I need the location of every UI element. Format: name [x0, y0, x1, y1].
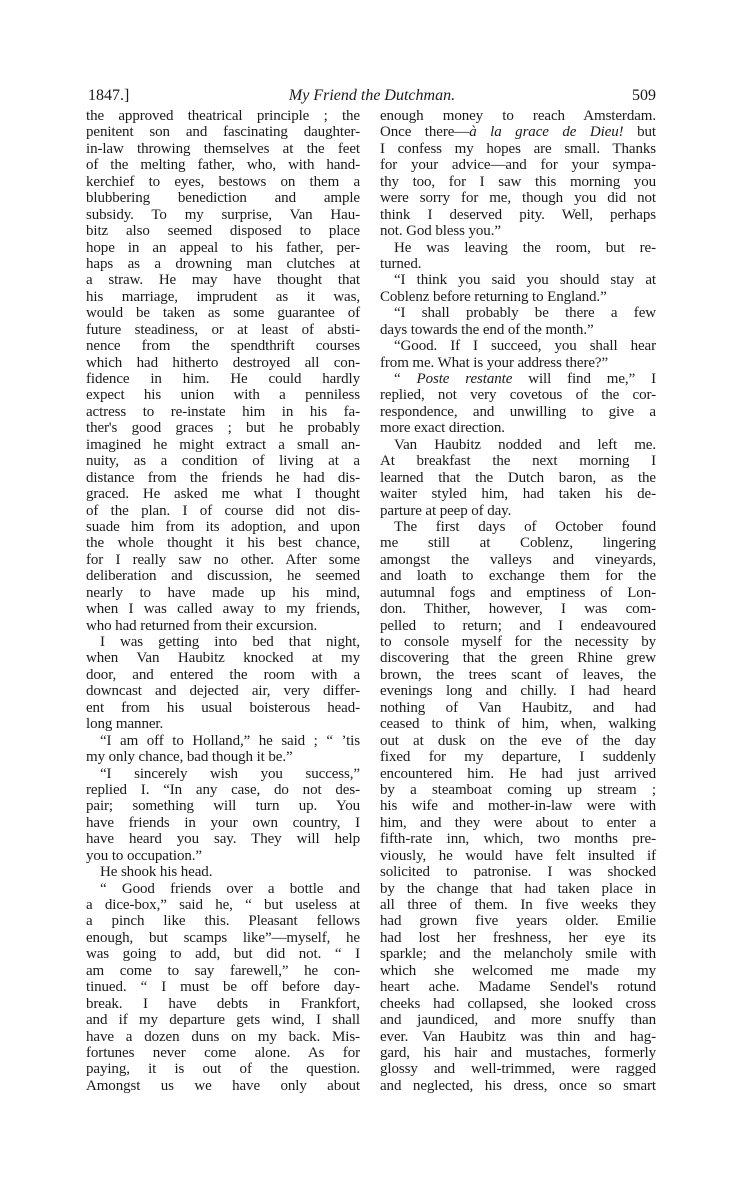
text-segment: but [624, 124, 656, 140]
text-line: ent from his usual boisterous head- [86, 700, 360, 716]
text-line: of the melting father, who, with hand- [86, 157, 360, 173]
text-line: “ Poste restante will find me,” I [380, 371, 656, 387]
italic-phrase: à la grace de Dieu! [469, 124, 623, 140]
text-line: who had returned from their excursion. [86, 618, 360, 634]
text-line: “I think you said you should stay at [380, 272, 656, 288]
text-line: for I really saw no other. After some [86, 552, 360, 568]
text-line: expect his union with a penniless [86, 387, 360, 403]
text-line: At breakfast the next morning I [380, 453, 656, 469]
text-line: fidence in him. He could hardly [86, 371, 360, 387]
text-line: actress to re-instate him in his fa- [86, 404, 360, 420]
text-line: him, and they were about to enter a [380, 815, 656, 831]
text-line: “ Good friends over a bottle and [86, 881, 360, 897]
year-marker: 1847.] [88, 86, 129, 106]
text-line: subsidy. To my surprise, Van Hau- [86, 207, 360, 223]
text-line: and loath to exchange them for the [380, 568, 656, 584]
text-line: when I was called away to my friends, [86, 601, 360, 617]
text-line: Van Haubitz nodded and left me. [380, 437, 656, 453]
text-line: more exact direction. [380, 420, 656, 436]
text-line: the whole thought it his best chance, [86, 535, 360, 551]
text-line: nence from the spendthrift courses [86, 338, 360, 354]
text-line: in-law throwing themselves at the feet [86, 141, 360, 157]
text-line: bitz also seemed disposed to place [86, 223, 360, 239]
text-line: was going to add, but did not. “ I [86, 946, 360, 962]
text-line: fixed for my departure, I suddenly [380, 749, 656, 765]
text-line: had grown five years older. Emilie [380, 913, 656, 929]
text-line: enough, but scamps like”—myself, he [86, 930, 360, 946]
text-line: Coblenz before returning to England.” [380, 289, 656, 305]
text-line: penitent son and fascinating daughter- [86, 124, 360, 140]
text-line: would be taken as some guarantee of [86, 305, 360, 321]
text-line: The first days of October found [380, 519, 656, 535]
text-line: have heard you say. They will help [86, 831, 360, 847]
text-line: to console myself for the necessity by [380, 634, 656, 650]
text-line: me still at Coblenz, lingering [380, 535, 656, 551]
text-line: the approved theatrical principle ; the [86, 108, 360, 124]
text-line: downcast and dejected air, very differ- [86, 683, 360, 699]
text-line: long manner. [86, 716, 360, 732]
text-line: learned that the Dutch baron, as the [380, 470, 656, 486]
text-line: turned. [380, 256, 656, 272]
text-line: heart ache. Madame Sendel's rotund [380, 979, 656, 995]
text-line: nuity, as a condition of living at a [86, 453, 360, 469]
text-line: not. God bless you.” [380, 223, 656, 239]
right-column: enough money to reach Amsterdam.Once the… [380, 108, 656, 1094]
text-line: gard, his hair and mustaches, formerly [380, 1045, 656, 1061]
text-line: think I deserved pity. Well, perhaps [380, 207, 656, 223]
text-line: have a dozen duns on my back. Mis- [86, 1029, 360, 1045]
text-line: waiter styled him, had taken his de- [380, 486, 656, 502]
text-line: and neglected, his dress, once so smart [380, 1078, 656, 1094]
text-line: have friends in your own country, I [86, 815, 360, 831]
text-line: pair; something will turn up. You [86, 798, 360, 814]
text-line: amongst the valleys and vineyards, [380, 552, 656, 568]
text-line: days towards the end of the month.” [380, 322, 656, 338]
text-line: fortunes never come alone. As for [86, 1045, 360, 1061]
text-line: by a steamboat coming up stream ; [380, 782, 656, 798]
text-line: you to occupation.” [86, 848, 360, 864]
text-line: “I sincerely wish you success,” [86, 766, 360, 782]
book-page: My Friend the Dutchman. 1847.] 509 the a… [0, 0, 749, 1180]
text-line: imagined he might extract a small an- [86, 437, 360, 453]
left-column: the approved theatrical principle ; thep… [86, 108, 360, 1094]
running-title: My Friend the Dutchman. [88, 86, 656, 106]
text-line: were sorry for me, though you did not [380, 190, 656, 206]
text-line: “Good. If I succeed, you shall hear [380, 338, 656, 354]
text-line: graced. He asked me what I thought [86, 486, 360, 502]
running-header: My Friend the Dutchman. 1847.] 509 [88, 86, 656, 106]
text-line: discovering that the green Rhine grew [380, 650, 656, 666]
text-line: when Van Haubitz knocked at my [86, 650, 360, 666]
text-line: thy too, for I saw this morning you [380, 174, 656, 190]
italic-phrase: Poste restante [417, 371, 513, 387]
text-line: break. I have debts in Frankfort, [86, 996, 360, 1012]
text-line: Once there—à la grace de Dieu! but [380, 124, 656, 140]
text-line: out at dusk on the eve of the day [380, 733, 656, 749]
text-line: and if my departure gets wind, I shall [86, 1012, 360, 1028]
text-line: He was leaving the room, but re- [380, 240, 656, 256]
text-line: sparkle; and the melancholy smile with [380, 946, 656, 962]
text-line: parture at peep of day. [380, 503, 656, 519]
text-line: replied I. “In any case, do not des- [86, 782, 360, 798]
text-line: Amongst us we have only about [86, 1078, 360, 1094]
text-line: future steadiness, or at least of absti- [86, 322, 360, 338]
text-line: door, and entered the room with a [86, 667, 360, 683]
text-line: He shook his head. [86, 864, 360, 880]
text-line: ever. Van Haubitz was thin and hag- [380, 1029, 656, 1045]
text-line: had lost her freshness, her eye its [380, 930, 656, 946]
text-line: deliberation and discussion, he seemed [86, 568, 360, 584]
text-line: nearly to have made up his mind, [86, 585, 360, 601]
text-line: autumnal fogs and emptiness of Lon- [380, 585, 656, 601]
text-line: I was getting into bed that night, [86, 634, 360, 650]
text-line: his marriage, imprudent as it was, [86, 289, 360, 305]
text-line: a dice-box,” said he, “ but useless at [86, 897, 360, 913]
text-line: from me. What is your address there?” [380, 355, 656, 371]
text-line: paying, it is out of the question. [86, 1061, 360, 1077]
text-segment: will find me,” I [512, 371, 656, 387]
text-line: fifth-rate inn, which, two months pre- [380, 831, 656, 847]
text-line: am come to say farewell,” he con- [86, 963, 360, 979]
text-line: glossy and well-trimmed, were ragged [380, 1061, 656, 1077]
text-line: kerchief to eyes, bestows on them a [86, 174, 360, 190]
text-line: my only chance, bad though it be.” [86, 749, 360, 765]
page-number: 509 [632, 86, 656, 106]
text-line: nothing of Van Haubitz, and had [380, 700, 656, 716]
text-line: and jaundiced, and more snuffy than [380, 1012, 656, 1028]
text-line: his wife and mother-in-law were with [380, 798, 656, 814]
text-line: ther's good graces ; but he probably [86, 420, 360, 436]
text-line: tinued. “ I must be off before day- [86, 979, 360, 995]
text-line: replied, not very covetous of the cor- [380, 387, 656, 403]
text-line: “I am off to Holland,” he said ; “ ’tis [86, 733, 360, 749]
text-segment: Once there— [380, 124, 469, 140]
text-line: for your advice—and for your sympa- [380, 157, 656, 173]
text-line: all three of them. In five weeks they [380, 897, 656, 913]
text-line: cheeks had collapsed, she looked cross [380, 996, 656, 1012]
text-line: which had hitherto destroyed all con- [86, 355, 360, 371]
text-line: by the change that had taken place in [380, 881, 656, 897]
text-line: enough money to reach Amsterdam. [380, 108, 656, 124]
text-line: viously, he would have felt insulted if [380, 848, 656, 864]
text-line: ceased to think of him, when, walking [380, 716, 656, 732]
text-line: of the plan. I of course did not dis- [86, 503, 360, 519]
text-line: brown, the trees scant of leaves, the [380, 667, 656, 683]
text-line: pelled to return; and I endeavoured [380, 618, 656, 634]
text-line: encountered him. He had just arrived [380, 766, 656, 782]
text-line: a straw. He may have thought that [86, 272, 360, 288]
text-line: distance from the friends he had dis- [86, 470, 360, 486]
text-line: respondence, and unwilling to give a [380, 404, 656, 420]
text-line: a pinch like this. Pleasant fellows [86, 913, 360, 929]
text-line: I confess my hopes are small. Thanks [380, 141, 656, 157]
text-line: suade him from its adoption, and upon [86, 519, 360, 535]
text-line: which she welcomed me made my [380, 963, 656, 979]
text-line: haps as a drowning man clutches at [86, 256, 360, 272]
text-line: hope in an appeal to his father, per- [86, 240, 360, 256]
text-line: blubbering benediction and ample [86, 190, 360, 206]
text-line: “I shall probably be there a few [380, 305, 656, 321]
text-line: don. Thither, however, I was com- [380, 601, 656, 617]
text-line: evenings long and chilly. I had heard [380, 683, 656, 699]
text-line: solicited to patronise. I was shocked [380, 864, 656, 880]
text-segment: “ [394, 371, 417, 387]
